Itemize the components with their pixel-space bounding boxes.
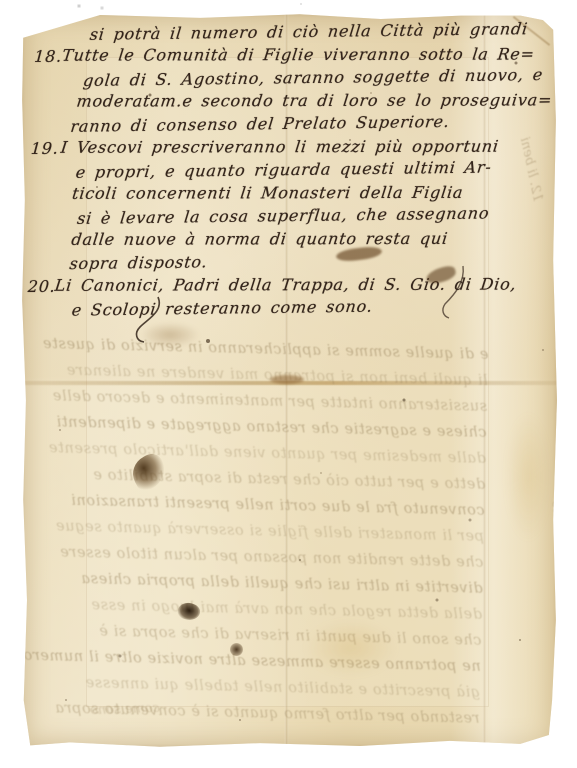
manuscript-line-text: sopra disposto. <box>68 250 209 275</box>
bleedthrough-line: e di quelle somme si applicheranno in se… <box>92 332 489 368</box>
manuscript-line: e propri, e quanto riguarda questi ultim… <box>76 156 561 182</box>
article-number: 19. <box>30 137 59 160</box>
manuscript-line: moderatam.e secondo tra di loro se lo pr… <box>76 87 560 113</box>
bleedthrough-text-block: e di quelle somme si applicheranno in se… <box>79 332 488 732</box>
manuscript-line: si potrà il numero di ciò nella Città pi… <box>90 18 560 44</box>
bleedthrough-line: ne potranno essere ammesse altre novizie… <box>85 644 482 680</box>
manuscript-line-text: Li Canonici, Padri della Trappa, di S. G… <box>54 273 518 297</box>
bleedthrough-line: che sono li due punti in riserva di che … <box>99 619 482 654</box>
ink-blot <box>230 643 243 656</box>
manuscript-line: e Scolopi resteranno come sono. <box>72 294 562 320</box>
manuscript-text-block: si potrà il numero di ciò nella Città pi… <box>60 18 562 320</box>
article-number: 20. <box>27 275 56 298</box>
article-number: 18. <box>33 45 62 68</box>
foxing-speckles <box>20 12 22 14</box>
paper-stain <box>305 620 397 676</box>
manuscript-line: gola di S. Agostino, saranno soggette di… <box>83 64 560 90</box>
manuscript-line: dalle nuove à norma di quanto resta qui <box>71 225 561 251</box>
paper-stain <box>140 322 200 348</box>
bleedthrough-line: già prescritto e stabilito nelle tabelle… <box>110 671 481 706</box>
manuscript-line: ranno di consenso del Prelato Superiore. <box>71 110 561 136</box>
manuscript-line-text: dalle nuove à norma di quanto resta qui <box>70 227 449 251</box>
backing-marks <box>0 0 2 2</box>
bleedthrough-line: della detta regola che non avrà mai luog… <box>112 593 483 628</box>
bleedthrough-line: per li monasteri delle figlie si osserve… <box>114 515 485 550</box>
manuscript-line-text: moderatam.e secondo tra di loro se lo pr… <box>75 88 553 112</box>
fold-crease-horizontal <box>20 381 558 385</box>
bleedthrough-line: che dette rendite non possano per alcun … <box>101 541 484 576</box>
bleedthrough-line: chiese e sagrestie che restano aggregate… <box>90 410 487 446</box>
manuscript-line-text: I Vescovi prescriveranno li mezzi più op… <box>60 135 501 159</box>
bleedthrough-line: sussisteranno intatte per mantenimento e… <box>105 385 488 420</box>
bleedthrough-line: divertite in altri usi che quelli della … <box>86 566 483 602</box>
manuscript-line: sopra disposto. <box>70 248 562 274</box>
bleedthrough-fragment: 17. si è convenuto <box>548 499 575 620</box>
manuscript-paper: e di quelle somme si applicheranno in se… <box>20 12 558 749</box>
paper-stain <box>506 412 550 542</box>
bleedthrough-line: li quali beni non si potranno mai vender… <box>118 359 489 394</box>
manuscript-line-text: ticoli concernenti li Monasteri della Fi… <box>71 181 465 205</box>
manuscript-line-text: e Scolopi resteranno come sono. <box>71 295 374 322</box>
crease-stain <box>270 375 304 384</box>
bleedthrough-fragment: come sono <box>90 701 160 718</box>
scanned-document-background: e di quelle somme si applicheranno in se… <box>0 0 577 768</box>
bleedthrough-line: convenuto fra le due corti nelle present… <box>88 488 485 524</box>
bleedthrough-line: restando per altro fermo quanto si è con… <box>97 697 480 732</box>
ink-blot <box>126 450 171 494</box>
manuscript-line: si è levare la cosa superflua, che asseg… <box>77 202 561 228</box>
bleedthrough-line: dalle medesime per quanto viene dall'art… <box>116 437 487 472</box>
ink-blot <box>176 600 202 622</box>
bleedthrough-line: detto e per tutto ciò che resta di sopra… <box>103 463 486 498</box>
